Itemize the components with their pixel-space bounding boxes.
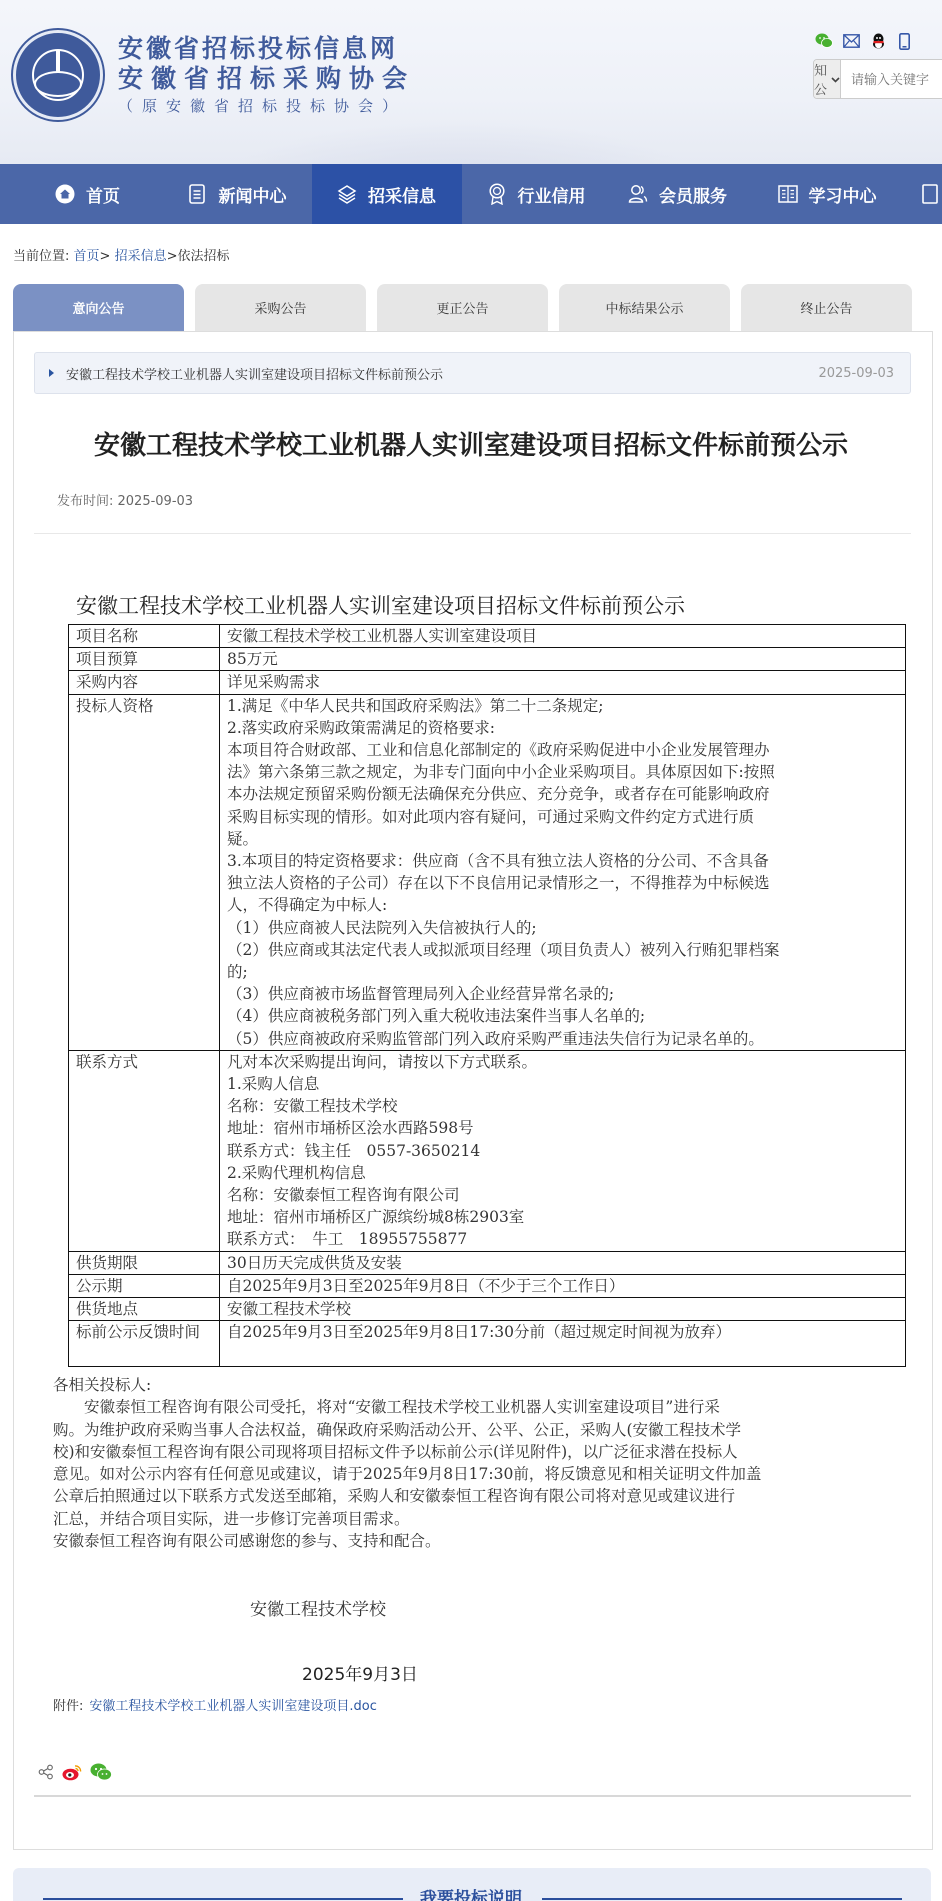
decorative-line	[542, 1898, 902, 1900]
nav-item-label: 新闻中心	[219, 182, 287, 207]
breadcrumb-prefix: 当前位置:	[13, 249, 69, 264]
site-title-line3: （原安徽省招标投标协会）	[118, 94, 415, 118]
table-value: 85万元	[220, 648, 906, 671]
table-key: 供货地点	[69, 1298, 220, 1321]
table-value-line: （3）供应商被市场监督管理局列入企业经营异常名录的;	[227, 983, 898, 1005]
tab-correction-notice[interactable]: 更正公告	[377, 284, 548, 331]
table-value: 详见采购需求	[220, 671, 906, 694]
table-value-line: 的;	[227, 961, 898, 983]
book-icon	[777, 183, 799, 205]
table-value: 自2025年9月3日至2025年9月8日17:30分前（超过规定时间视为放弃）	[220, 1321, 906, 1367]
social-links	[815, 33, 915, 49]
breadcrumb-current: 依法招标	[178, 249, 230, 264]
document-icon	[922, 183, 940, 205]
table-value-line: （5）供应商被政府采购监管部门列入政府采购严重违法失信行为记录名单的。	[227, 1028, 898, 1050]
nav-item-learning[interactable]: 学习中心	[761, 164, 910, 224]
body-line: 意见。如对公示内容有任何意见或建议，请于2025年9月8日17:30前，将反馈意…	[53, 1463, 893, 1485]
table-value-line: 独立法人资格的子公司）存在以下不良信用记录情形之一，不得推荐为中标候选	[227, 872, 898, 894]
nav-item-more[interactable]	[910, 164, 942, 224]
breadcrumb-separator: >	[167, 249, 178, 264]
divider	[34, 1795, 911, 1797]
breadcrumb: 当前位置: 首页> 招采信息>依法招标	[13, 245, 230, 264]
chevron-down-icon	[831, 72, 840, 87]
table-value-line: 自2025年9月3日至2025年9月8日（不少于三个工作日）	[227, 1275, 898, 1297]
page-title: 安徽工程技术学校工业机器人实训室建设项目招标文件标前预公示	[0, 425, 942, 462]
wechat-icon[interactable]	[90, 1763, 112, 1785]
table-value-line: 地址：宿州市埇桥区广源缤纷城8栋2903室	[227, 1206, 898, 1228]
publish-time: 发布时间: 2025-09-03	[57, 490, 193, 509]
share-bar	[38, 1763, 112, 1785]
body-line: 公章后拍照通过以下联系方式发送至邮箱，采购人和安徽泰恒工程咨询有限公司将对意见或…	[53, 1485, 893, 1507]
attachment-label: 附件:	[53, 1699, 83, 1714]
search-category-value: 通知公告	[814, 59, 827, 99]
table-value-line: 人，不得确定为中标人:	[227, 894, 898, 916]
list-item[interactable]: 安徽工程技术学校工业机器人实训室建设项目招标文件标前预公示 2025-09-03	[34, 352, 911, 394]
table-value-line: 本项目符合财政部、工业和信息化部制定的《政府采购促进中小企业发展管理办	[227, 739, 898, 761]
search-bar: 通知公告	[813, 59, 942, 99]
table-value: 30日历天完成供货及安装	[220, 1251, 906, 1274]
list-item-date: 2025-09-03	[818, 366, 894, 381]
table-value-line: 3.本项目的特定资格要求：供应商（含不具有独立法人资格的分公司、不含具备	[227, 850, 898, 872]
table-value: 凡对本次采购提出询问，请按以下方式联系。 1.采购人信息 名称：安徽工程技术学校…	[220, 1050, 906, 1251]
notice-tabs: 意向公告 采购公告 更正公告 中标结果公示 终止公告	[13, 284, 912, 331]
home-icon	[54, 183, 76, 205]
table-row: 公示期 自2025年9月3日至2025年9月8日（不少于三个工作日）	[69, 1274, 906, 1297]
main-nav: 首页 新闻中心 招采信息 行业信用 会员服务 学习中心	[0, 164, 942, 224]
table-key: 项目名称	[69, 625, 220, 648]
divider	[34, 533, 911, 534]
table-row: 供货期限 30日历天完成供货及安装	[69, 1251, 906, 1274]
table-key: 采购内容	[69, 671, 220, 694]
table-value-line: 自2025年9月3日至2025年9月8日17:30分前（超过规定时间视为放弃）	[227, 1321, 898, 1343]
weibo-icon[interactable]	[62, 1764, 82, 1785]
tab-award-result[interactable]: 中标结果公示	[559, 284, 730, 331]
logo-eye	[34, 71, 82, 97]
table-row: 采购内容 详见采购需求	[69, 671, 906, 694]
list-item-title: 安徽工程技术学校工业机器人实训室建设项目招标文件标前预公示	[66, 364, 443, 383]
triangle-bullet-icon	[49, 369, 54, 377]
nav-item-member[interactable]: 会员服务	[611, 164, 760, 224]
search-input[interactable]	[841, 60, 942, 98]
body-line: 安徽泰恒工程咨询有限公司感谢您的参与、支持和配合。	[53, 1530, 893, 1552]
header-background-art	[200, 120, 720, 164]
table-value-line: 联系方式： 牛工 18955755877	[227, 1228, 898, 1250]
body-line: 购。为维护政府采购当事人合法权益，确保政府采购活动公开、公平、公正，采购人(安徽…	[53, 1419, 893, 1441]
table-value-line: 安徽工程技术学校工业机器人实训室建设项目	[227, 625, 898, 647]
table-value-line: 1.采购人信息	[227, 1073, 898, 1095]
table-value: 1.满足《中华人民共和国政府采购法》第二十二条规定; 2.落实政府采购政策需满足…	[220, 694, 906, 1050]
table-row: 标前公示反馈时间 自2025年9月3日至2025年9月8日17:30分前（超过规…	[69, 1321, 906, 1367]
nav-item-label: 学习中心	[809, 182, 877, 207]
table-value-line: 1.满足《中华人民共和国政府采购法》第二十二条规定;	[227, 695, 898, 717]
table-value-line: 安徽工程技术学校	[227, 1298, 898, 1320]
table-value-line: 地址：宿州市埇桥区浍水西路598号	[227, 1117, 898, 1139]
nav-item-news[interactable]: 新闻中心	[171, 164, 313, 224]
breadcrumb-home[interactable]: 首页	[74, 249, 100, 264]
table-key: 联系方式	[69, 1050, 220, 1251]
table-value-line: 本办法规定预留采购份额无法确保充分供应、充分竞争，或者存在可能影响政府	[227, 783, 898, 805]
site-title: 安徽省招标投标信息网 安徽省招标采购协会 （原安徽省招标投标协会）	[118, 34, 415, 118]
table-key: 投标人资格	[69, 694, 220, 1050]
body-line: 安徽泰恒工程咨询有限公司受托，将对“安徽工程技术学校工业机器人实训室建设项目”进…	[53, 1396, 893, 1418]
signature-date: 2025年9月3日	[302, 1660, 418, 1685]
table-key: 供货期限	[69, 1251, 220, 1274]
table-row: 联系方式 凡对本次采购提出询问，请按以下方式联系。 1.采购人信息 名称：安徽工…	[69, 1050, 906, 1251]
table-value-line: 详见采购需求	[227, 671, 898, 693]
table-row: 投标人资格 1.满足《中华人民共和国政府采购法》第二十二条规定; 2.落实政府采…	[69, 694, 906, 1050]
site-header: 安徽省招标投标信息网 安徽省招标采购协会 （原安徽省招标投标协会） 通知公告	[0, 0, 942, 164]
logo-bridge	[56, 51, 60, 73]
tab-procurement-notice[interactable]: 采购公告	[195, 284, 366, 331]
layers-icon	[336, 183, 358, 205]
attachment: 附件:安徽工程技术学校工业机器人实训室建设项目.doc	[53, 1695, 377, 1714]
table-value: 自2025年9月3日至2025年9月8日（不少于三个工作日）	[220, 1274, 906, 1297]
attachment-link[interactable]: 安徽工程技术学校工业机器人实训室建设项目.doc	[89, 1699, 377, 1714]
project-info-table: 项目名称 安徽工程技术学校工业机器人实训室建设项目 项目预算 85万元 采购内容…	[68, 624, 906, 1367]
table-value-line: 采购目标实现的情形。如对此项内容有疑问，可通过采购文件约定方式进行质	[227, 806, 898, 828]
tab-intention-notice[interactable]: 意向公告	[13, 284, 184, 331]
site-title-line1: 安徽省招标投标信息网	[118, 34, 415, 64]
document-title: 安徽工程技术学校工业机器人实训室建设项目招标文件标前预公示	[76, 590, 685, 620]
table-key: 项目预算	[69, 648, 220, 671]
table-key: 公示期	[69, 1274, 220, 1297]
table-value-line: （1）供应商被人民法院列入失信被执行人的;	[227, 917, 898, 939]
tab-termination-notice[interactable]: 终止公告	[741, 284, 912, 331]
table-value: 安徽工程技术学校工业机器人实训室建设项目	[220, 625, 906, 648]
table-value-line: （2）供应商或其法定代表人或拟派项目经理（项目负责人）被列入行贿犯罪档案	[227, 939, 898, 961]
table-value-line: 法》第六条第三款之规定，为非专门面向中小企业采购项目。具体原因如下:按照	[227, 761, 898, 783]
table-value-line: 2.采购代理机构信息	[227, 1162, 898, 1184]
qq-icon[interactable]	[871, 33, 887, 49]
mobile-icon[interactable]	[899, 33, 915, 49]
table-row: 供货地点 安徽工程技术学校	[69, 1298, 906, 1321]
table-key: 标前公示反馈时间	[69, 1321, 220, 1367]
body-line: 汇总，并结合项目实际，进一步修订完善项目需求。	[53, 1508, 893, 1530]
site-title-line2: 安徽省招标采购协会	[118, 64, 415, 94]
nav-item-label: 首页	[86, 182, 120, 207]
wechat-icon[interactable]	[815, 33, 831, 49]
notice-body: 各相关投标人: 安徽泰恒工程咨询有限公司受托，将对“安徽工程技术学校工业机器人实…	[53, 1374, 893, 1552]
table-value-line: 凡对本次采购提出询问，请按以下方式联系。	[227, 1051, 898, 1073]
table-value-line: 85万元	[227, 648, 898, 670]
nav-item-label: 会员服务	[659, 182, 727, 207]
table-value-line: （4）供应商被税务部门列入重大税收违法案件当事人名单的;	[227, 1005, 898, 1027]
award-icon	[486, 183, 508, 205]
breadcrumb-procurement[interactable]: 招采信息	[115, 249, 167, 264]
table-value-line: 名称：安徽工程技术学校	[227, 1095, 898, 1117]
table-value: 安徽工程技术学校	[220, 1298, 906, 1321]
table-row: 项目名称 安徽工程技术学校工业机器人实训室建设项目	[69, 625, 906, 648]
nav-item-credit[interactable]: 行业信用	[462, 164, 612, 224]
table-row: 项目预算 85万元	[69, 648, 906, 671]
nav-item-label: 行业信用	[518, 182, 586, 207]
mail-icon[interactable]	[843, 33, 859, 49]
nav-item-home[interactable]: 首页	[0, 164, 171, 224]
signature-organization: 安徽工程技术学校	[250, 1595, 386, 1620]
search-category-select[interactable]: 通知公告	[814, 60, 841, 98]
table-value-line: 30日历天完成供货及安装	[227, 1252, 898, 1274]
users-icon	[627, 183, 649, 205]
table-value-line: 疑。	[227, 828, 898, 850]
association-logo[interactable]	[13, 30, 103, 120]
nav-item-label: 招采信息	[368, 182, 436, 207]
table-value-line: 2.落实政府采购政策需满足的资格要求:	[227, 717, 898, 739]
share-icon[interactable]	[38, 1764, 54, 1784]
body-line: 各相关投标人:	[53, 1374, 893, 1396]
breadcrumb-separator: >	[100, 249, 111, 264]
table-value-line: 联系方式：钱主任 0557-3650214	[227, 1140, 898, 1162]
body-line: 校)和安徽泰恒工程咨询有限公司现将项目招标文件予以标前公示(详见附件)，以广泛征…	[53, 1441, 893, 1463]
table-value-line: 名称：安徽泰恒工程咨询有限公司	[227, 1184, 898, 1206]
nav-item-procurement[interactable]: 招采信息	[312, 164, 462, 224]
document-icon	[187, 183, 209, 205]
